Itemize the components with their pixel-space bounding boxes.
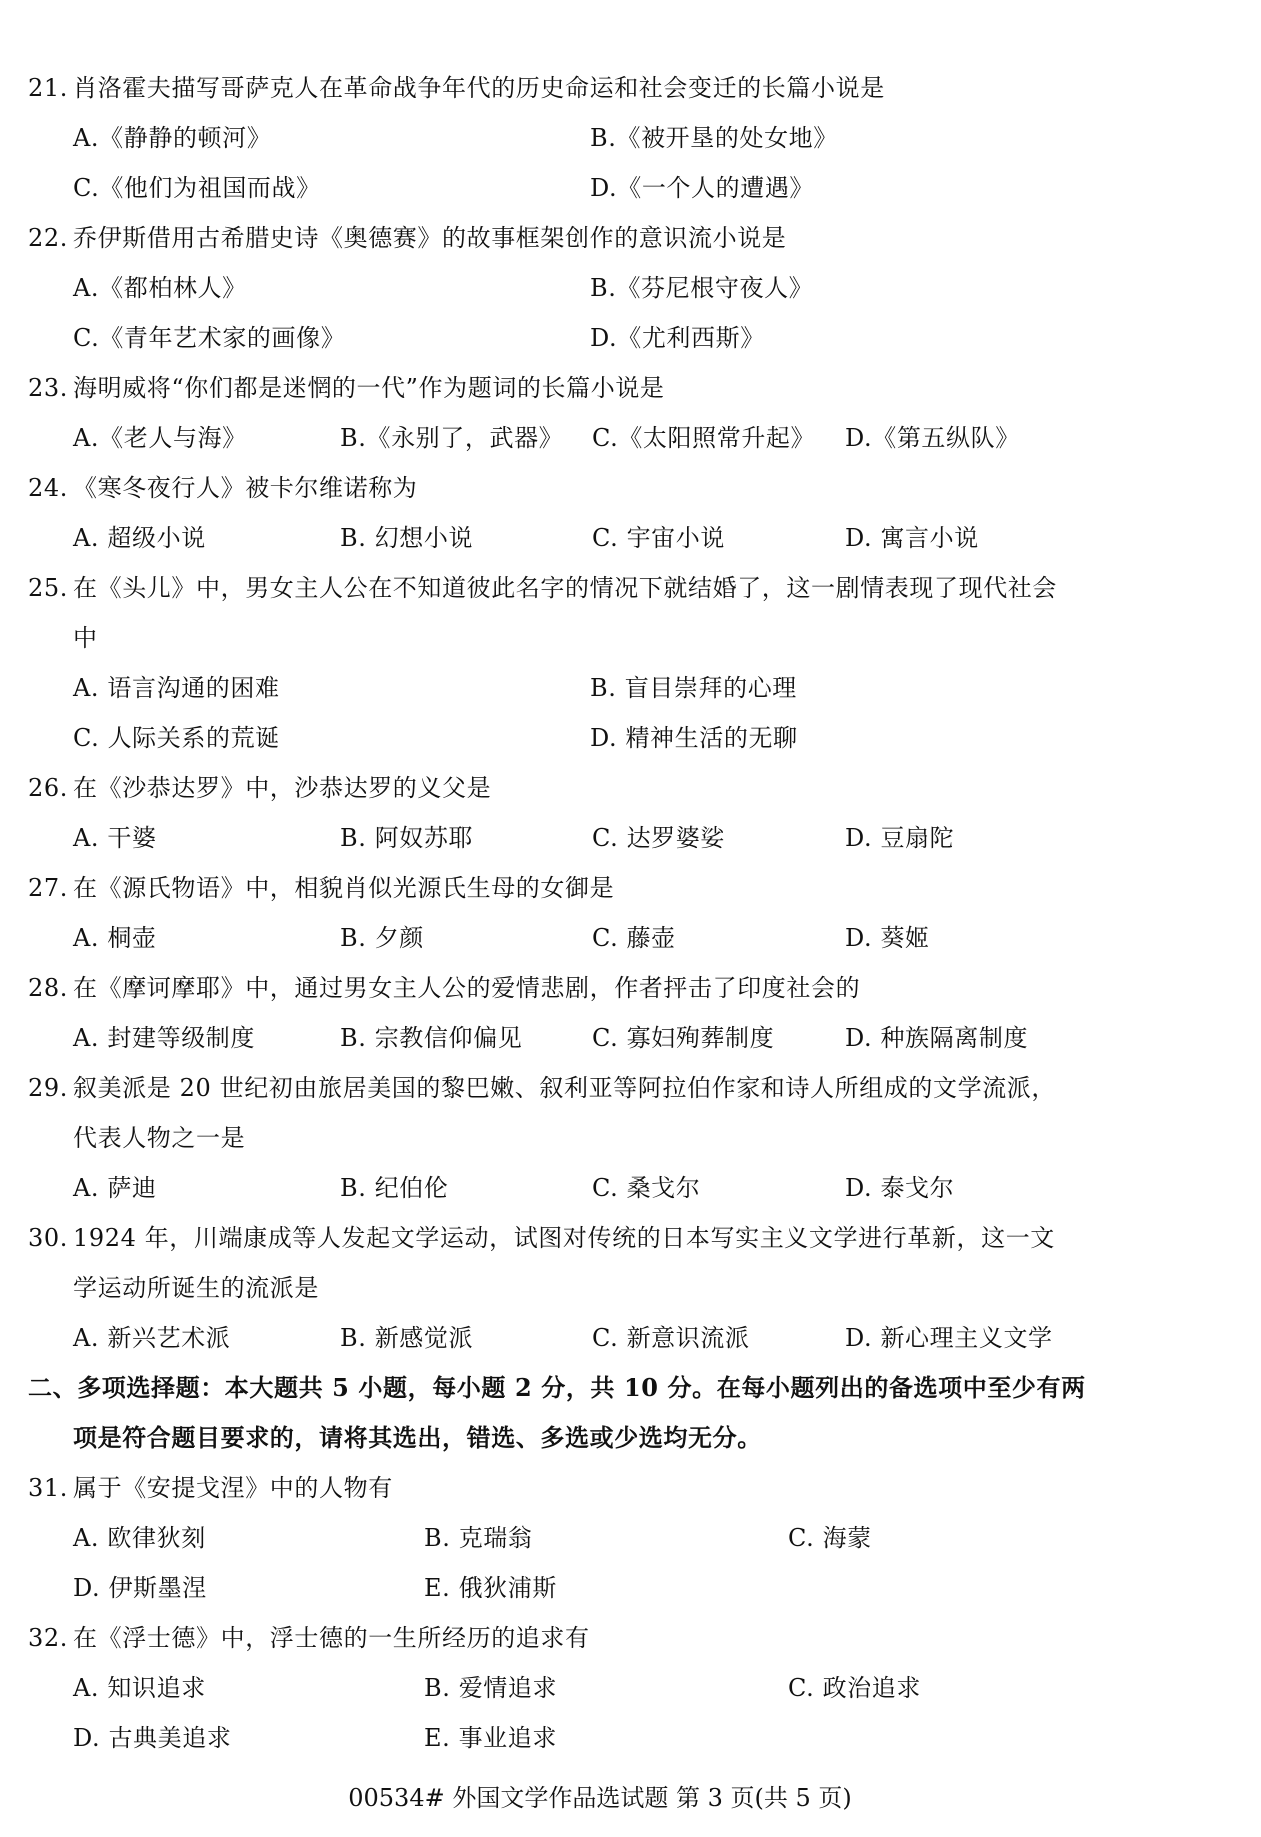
options-row: A.《都柏林人》 B.《芬尼根守夜人》 xyxy=(0,268,1261,308)
option-a: A. 超级小说 xyxy=(73,518,206,558)
option-b: B. 克瑞翁 xyxy=(424,1518,533,1558)
option-d: D. 葵姬 xyxy=(845,918,930,958)
option-c: C. 藤壶 xyxy=(592,918,676,958)
option-e: E. 俄狄浦斯 xyxy=(424,1568,557,1608)
option-d: D. 古典美追求 xyxy=(73,1718,231,1758)
options-row: A. 封建等级制度 B. 宗教信仰偏见 C. 寡妇殉葬制度 D. 种族隔离制度 xyxy=(0,1018,1261,1058)
options-row: C. 人际关系的荒诞 D. 精神生活的无聊 xyxy=(0,718,1261,758)
question-text: 在《浮士德》中，浮士德的一生所经历的追求有 xyxy=(73,1618,590,1658)
question-text: 在《源氏物语》中，相貌肖似光源氏生母的女御是 xyxy=(73,868,614,908)
option-a: A.《都柏林人》 xyxy=(73,268,247,308)
question-text: 属于《安提戈涅》中的人物有 xyxy=(73,1468,393,1508)
question-27: 27. 在《源氏物语》中，相貌肖似光源氏生母的女御是 xyxy=(0,868,1261,908)
option-c: C. 桑戈尔 xyxy=(592,1168,700,1208)
option-b: B.《永别了，武器》 xyxy=(340,418,563,458)
question-32: 32. 在《浮士德》中，浮士德的一生所经历的追求有 xyxy=(0,1618,1261,1658)
option-c: C.《他们为祖国而战》 xyxy=(73,168,321,208)
question-text-cont: 中 xyxy=(73,618,98,658)
question-number: 32. xyxy=(28,1618,68,1658)
option-e: E. 事业追求 xyxy=(424,1718,557,1758)
question-number: 23. xyxy=(28,368,68,408)
option-a: A. 新兴艺术派 xyxy=(73,1318,230,1358)
question-number: 26. xyxy=(28,768,68,808)
section-heading: 二、多项选择题：本大题共 5 小题，每小题 2 分，共 10 分。在每小题列出的… xyxy=(0,1368,1261,1408)
option-b: B.《芬尼根守夜人》 xyxy=(590,268,813,308)
option-d: D.《尤利西斯》 xyxy=(590,318,765,358)
option-b: B. 纪伯伦 xyxy=(340,1168,449,1208)
option-a: A. 萨迪 xyxy=(73,1168,157,1208)
option-d: D. 寓言小说 xyxy=(845,518,979,558)
option-d: D. 泰戈尔 xyxy=(845,1168,954,1208)
question-24: 24. 《寒冬夜行人》被卡尔维诺称为 xyxy=(0,468,1261,508)
question-text: 在《沙恭达罗》中，沙恭达罗的义父是 xyxy=(73,768,491,808)
option-c: C.《太阳照常升起》 xyxy=(592,418,815,458)
section-heading-cont: 项是符合题目要求的，请将其选出，错选、多选或少选均无分。 xyxy=(0,1418,1261,1458)
page-footer: 00534# 外国文学作品选试题 第 3 页(共 5 页) xyxy=(0,1778,1200,1818)
options-row: A. 语言沟通的困难 B. 盲目崇拜的心理 xyxy=(0,668,1261,708)
option-d: D.《第五纵队》 xyxy=(845,418,1020,458)
options-row: A. 新兴艺术派 B. 新感觉派 C. 新意识流派 D. 新心理主义文学 xyxy=(0,1318,1261,1358)
option-a: A. 封建等级制度 xyxy=(73,1018,255,1058)
option-c: C.《青年艺术家的画像》 xyxy=(73,318,345,358)
option-d: D. 种族隔离制度 xyxy=(845,1018,1028,1058)
question-28: 28. 在《摩诃摩耶》中，通过男女主人公的爱情悲剧，作者抨击了印度社会的 xyxy=(0,968,1261,1008)
question-number: 27. xyxy=(28,868,68,908)
option-c: C. 人际关系的荒诞 xyxy=(73,718,280,758)
question-text: 乔伊斯借用古希腊史诗《奥德赛》的故事框架创作的意识流小说是 xyxy=(73,218,786,258)
option-c: C. 海蒙 xyxy=(788,1518,872,1558)
option-b: B. 幻想小说 xyxy=(340,518,473,558)
option-d: D. 伊斯墨涅 xyxy=(73,1568,207,1608)
question-text: 海明威将“你们都是迷惘的一代”作为题词的长篇小说是 xyxy=(73,368,665,408)
question-number: 22. xyxy=(28,218,68,258)
question-30: 30. 1924 年，川端康成等人发起文学运动，试图对传统的日本写实主义文学进行… xyxy=(0,1218,1261,1258)
options-row: A. 知识追求 B. 爱情追求 C. 政治追求 xyxy=(0,1668,1261,1708)
section-heading-line1: 二、多项选择题：本大题共 5 小题，每小题 2 分，共 10 分。在每小题列出的… xyxy=(28,1368,1086,1408)
question-23: 23. 海明威将“你们都是迷惘的一代”作为题词的长篇小说是 xyxy=(0,368,1261,408)
question-number: 21. xyxy=(28,68,68,108)
option-a: A.《静静的顿河》 xyxy=(73,118,271,158)
question-number: 30. xyxy=(28,1218,68,1258)
option-d: D.《一个人的遭遇》 xyxy=(590,168,814,208)
question-text: 在《摩诃摩耶》中，通过男女主人公的爱情悲剧，作者抨击了印度社会的 xyxy=(73,968,860,1008)
option-a: A. 干婆 xyxy=(73,818,157,858)
options-row: C.《青年艺术家的画像》 D.《尤利西斯》 xyxy=(0,318,1261,358)
question-29: 29. 叙美派是 20 世纪初由旅居美国的黎巴嫩、叙利亚等阿拉伯作家和诗人所组成… xyxy=(0,1068,1261,1108)
section-heading-line2: 项是符合题目要求的，请将其选出，错选、多选或少选均无分。 xyxy=(73,1418,762,1458)
option-b: B. 新感觉派 xyxy=(340,1318,473,1358)
question-31: 31. 属于《安提戈涅》中的人物有 xyxy=(0,1468,1261,1508)
option-d: D. 豆扇陀 xyxy=(845,818,954,858)
question-text: 在《头儿》中，男女主人公在不知道彼此名字的情况下就结婚了，这一剧情表现了现代社会 xyxy=(73,568,1057,608)
options-row: D. 古典美追求 E. 事业追求 xyxy=(0,1718,1261,1758)
option-a: A.《老人与海》 xyxy=(73,418,247,458)
question-text: 叙美派是 20 世纪初由旅居美国的黎巴嫩、叙利亚等阿拉伯作家和诗人所组成的文学流… xyxy=(73,1068,1056,1108)
option-c: C. 宇宙小说 xyxy=(592,518,725,558)
question-number: 31. xyxy=(28,1468,68,1508)
question-25: 25. 在《头儿》中，男女主人公在不知道彼此名字的情况下就结婚了，这一剧情表现了… xyxy=(0,568,1261,608)
option-c: C. 寡妇殉葬制度 xyxy=(592,1018,774,1058)
option-a: A. 知识追求 xyxy=(73,1668,206,1708)
option-a: A. 桐壶 xyxy=(73,918,157,958)
options-row: C.《他们为祖国而战》 D.《一个人的遭遇》 xyxy=(0,168,1261,208)
options-row: A.《静静的顿河》 B.《被开垦的处女地》 xyxy=(0,118,1261,158)
question-continuation: 中 xyxy=(0,618,1261,658)
options-row: A. 萨迪 B. 纪伯伦 C. 桑戈尔 D. 泰戈尔 xyxy=(0,1168,1261,1208)
option-b: B.《被开垦的处女地》 xyxy=(590,118,838,158)
options-row: A. 超级小说 B. 幻想小说 C. 宇宙小说 D. 寓言小说 xyxy=(0,518,1261,558)
option-c: C. 政治追求 xyxy=(788,1668,921,1708)
options-row: A. 欧律狄刻 B. 克瑞翁 C. 海蒙 xyxy=(0,1518,1261,1558)
question-number: 24. xyxy=(28,468,68,508)
question-21: 21. 肖洛霍夫描写哥萨克人在革命战争年代的历史命运和社会变迁的长篇小说是 xyxy=(0,68,1261,108)
question-26: 26. 在《沙恭达罗》中，沙恭达罗的义父是 xyxy=(0,768,1261,808)
question-text-cont: 代表人物之一是 xyxy=(73,1118,245,1158)
option-a: A. 语言沟通的困难 xyxy=(73,668,280,708)
options-row: A. 干婆 B. 阿奴苏耶 C. 达罗婆娑 D. 豆扇陀 xyxy=(0,818,1261,858)
question-continuation: 代表人物之一是 xyxy=(0,1118,1261,1158)
option-b: B. 宗教信仰偏见 xyxy=(340,1018,522,1058)
option-b: B. 盲目崇拜的心理 xyxy=(590,668,797,708)
question-number: 29. xyxy=(28,1068,68,1108)
options-row: A. 桐壶 B. 夕颜 C. 藤壶 D. 葵姬 xyxy=(0,918,1261,958)
option-c: C. 达罗婆娑 xyxy=(592,818,725,858)
option-b: B. 夕颜 xyxy=(340,918,424,958)
options-row: A.《老人与海》 B.《永别了，武器》 C.《太阳照常升起》 D.《第五纵队》 xyxy=(0,418,1261,458)
option-b: B. 爱情追求 xyxy=(424,1668,557,1708)
question-text-cont: 学运动所诞生的流派是 xyxy=(73,1268,319,1308)
options-row: D. 伊斯墨涅 E. 俄狄浦斯 xyxy=(0,1568,1261,1608)
question-22: 22. 乔伊斯借用古希腊史诗《奥德赛》的故事框架创作的意识流小说是 xyxy=(0,218,1261,258)
option-d: D. 精神生活的无聊 xyxy=(590,718,798,758)
question-text: 1924 年，川端康成等人发起文学运动，试图对传统的日本写实主义文学进行革新，这… xyxy=(73,1218,1055,1258)
question-text: 肖洛霍夫描写哥萨克人在革命战争年代的历史命运和社会变迁的长篇小说是 xyxy=(73,68,885,108)
option-c: C. 新意识流派 xyxy=(592,1318,750,1358)
question-continuation: 学运动所诞生的流派是 xyxy=(0,1268,1261,1308)
question-number: 28. xyxy=(28,968,68,1008)
option-a: A. 欧律狄刻 xyxy=(73,1518,206,1558)
option-d: D. 新心理主义文学 xyxy=(845,1318,1053,1358)
question-number: 25. xyxy=(28,568,68,608)
option-b: B. 阿奴苏耶 xyxy=(340,818,473,858)
question-text: 《寒冬夜行人》被卡尔维诺称为 xyxy=(73,468,417,508)
